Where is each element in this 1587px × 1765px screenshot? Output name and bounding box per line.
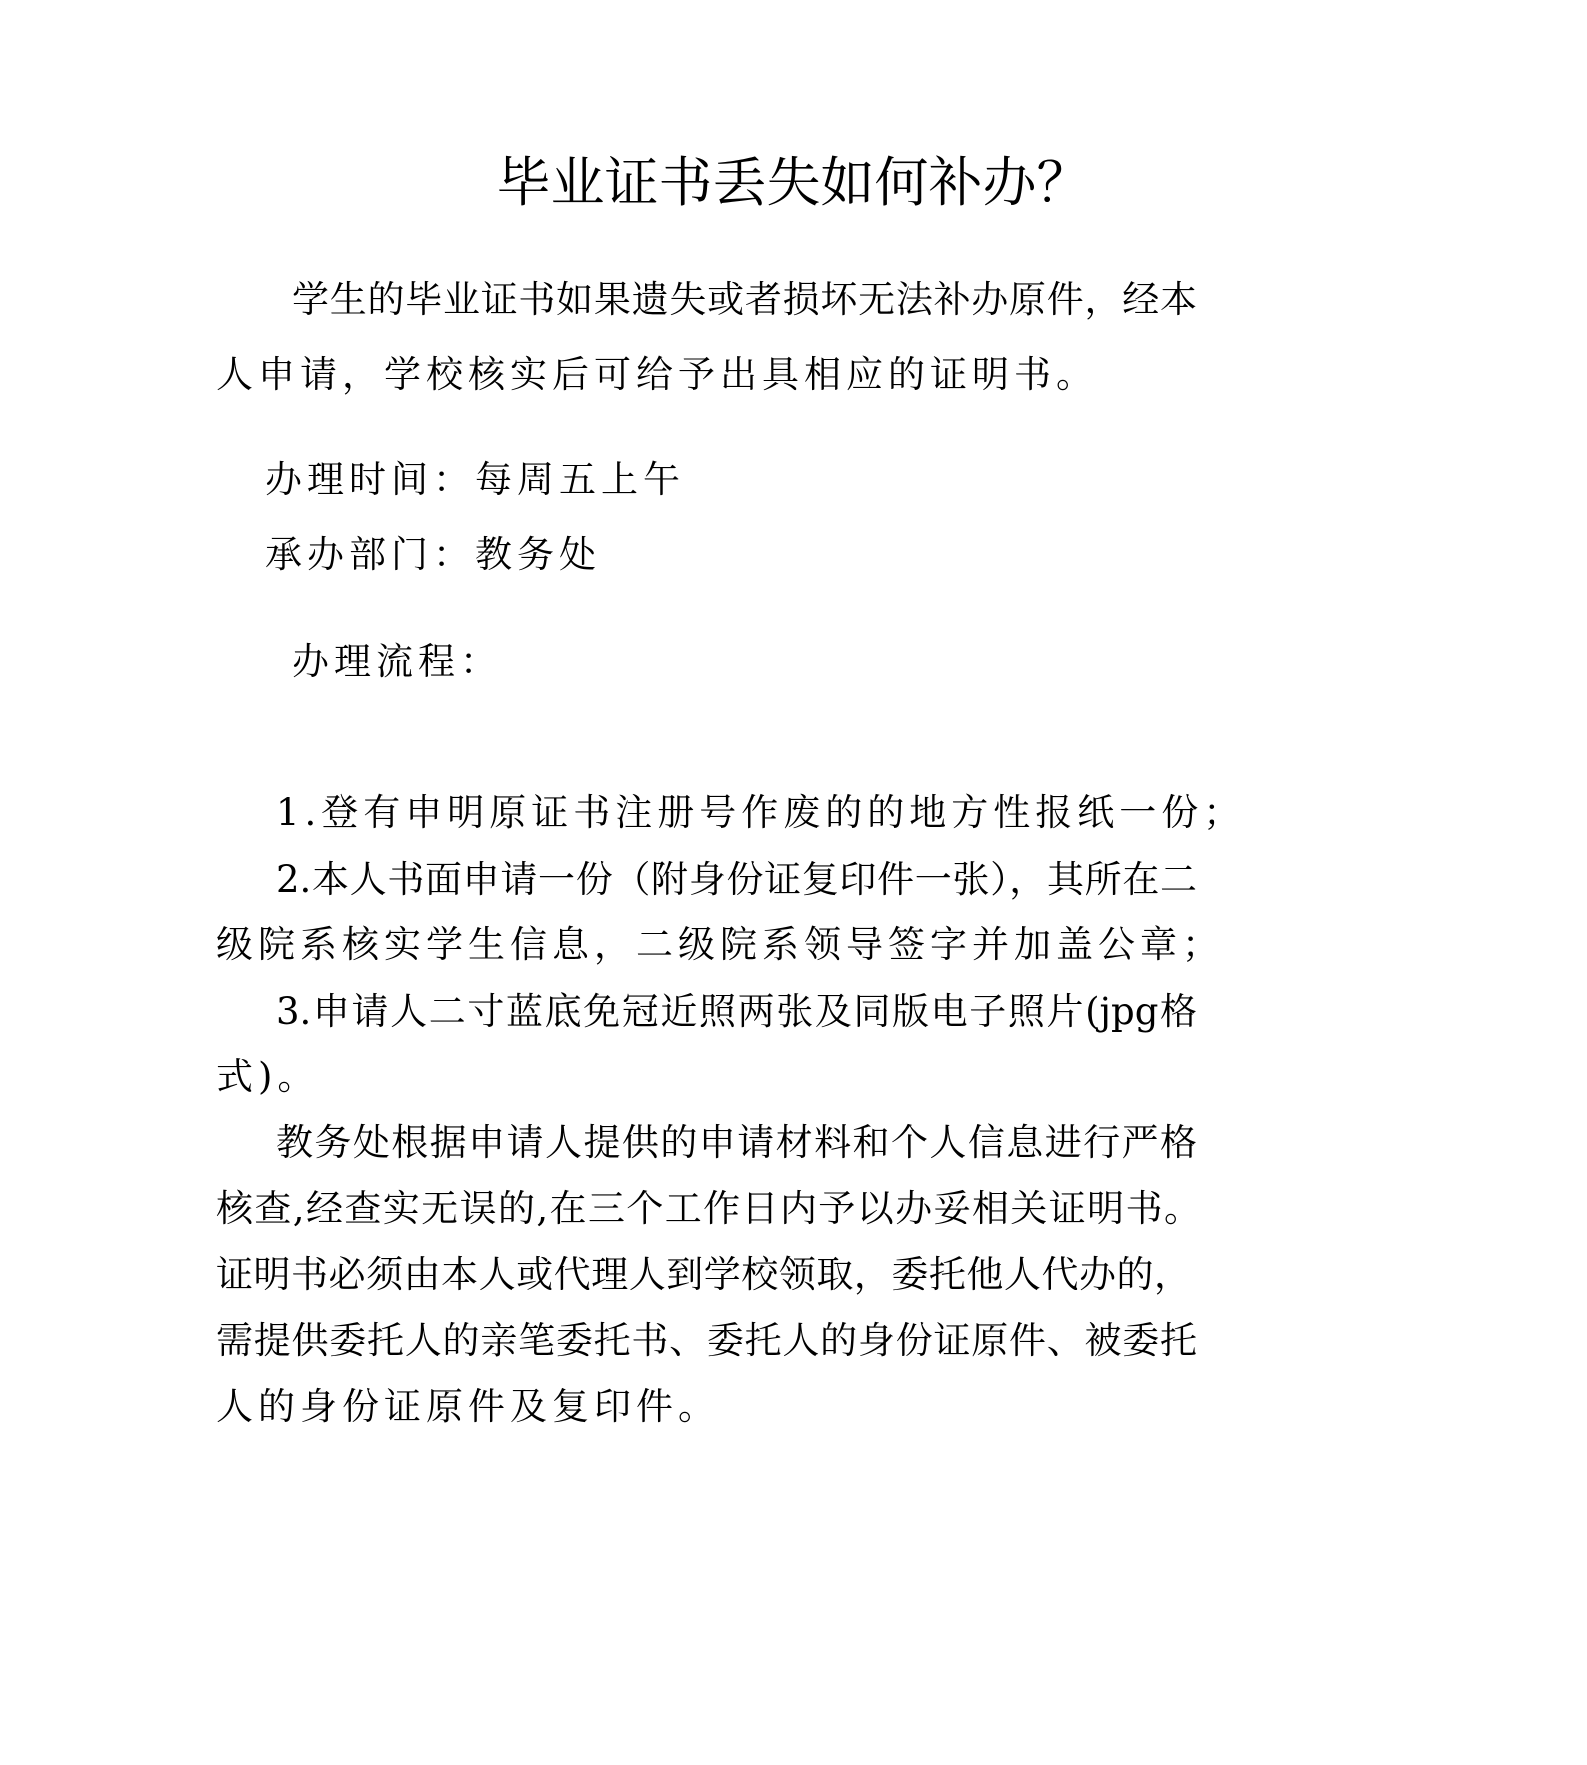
closing-line-3: 证明书必须由本人或代理人到学校领取，委托他人代办的， — [216, 1250, 1191, 1300]
closing-line-2: 核查,经查实无误的,在三个工作日内予以办妥相关证明书。 — [216, 1184, 1201, 1234]
closing-line-4: 需提供委托人的亲笔委托书、委托人的身份证原件、被委托 — [216, 1316, 1197, 1366]
step-2-line-2: 级院系核实学生信息，二级院系领导签字并加盖公章； — [216, 920, 1224, 970]
intro-line-2: 人申请，学校核实后可给予出具相应的证明书。 — [216, 350, 1098, 400]
step-2-line-1: 2.本人书面申请一份（附身份证复印件一张），其所在二 — [276, 855, 1197, 905]
closing-line-5: 人的身份证原件及复印件。 — [216, 1382, 720, 1432]
step-3-line-2: 式)。 — [216, 1052, 319, 1102]
handling-department: 承办部门：教务处 — [265, 530, 601, 580]
intro-line-1: 学生的毕业证书如果遗失或者损坏无法补办原件，经本 — [292, 275, 1197, 325]
process-heading: 办理流程： — [292, 637, 502, 687]
step-1-line-1: 1.登有申明原证书注册号作废的的地方性报纸一份； — [276, 788, 1245, 838]
document-title: 毕业证书丢失如何补办？ — [0, 148, 1587, 218]
closing-line-1: 教务处根据申请人提供的申请材料和个人信息进行严格 — [276, 1118, 1197, 1168]
step-3-line-1: 3.申请人二寸蓝底免冠近照两张及同版电子照片(jpg格 — [276, 987, 1197, 1037]
handling-time: 办理时间：每周五上午 — [265, 455, 685, 505]
document-page: 毕业证书丢失如何补办？ 学生的毕业证书如果遗失或者损坏无法补办原件，经本 人申请… — [0, 0, 1587, 1765]
